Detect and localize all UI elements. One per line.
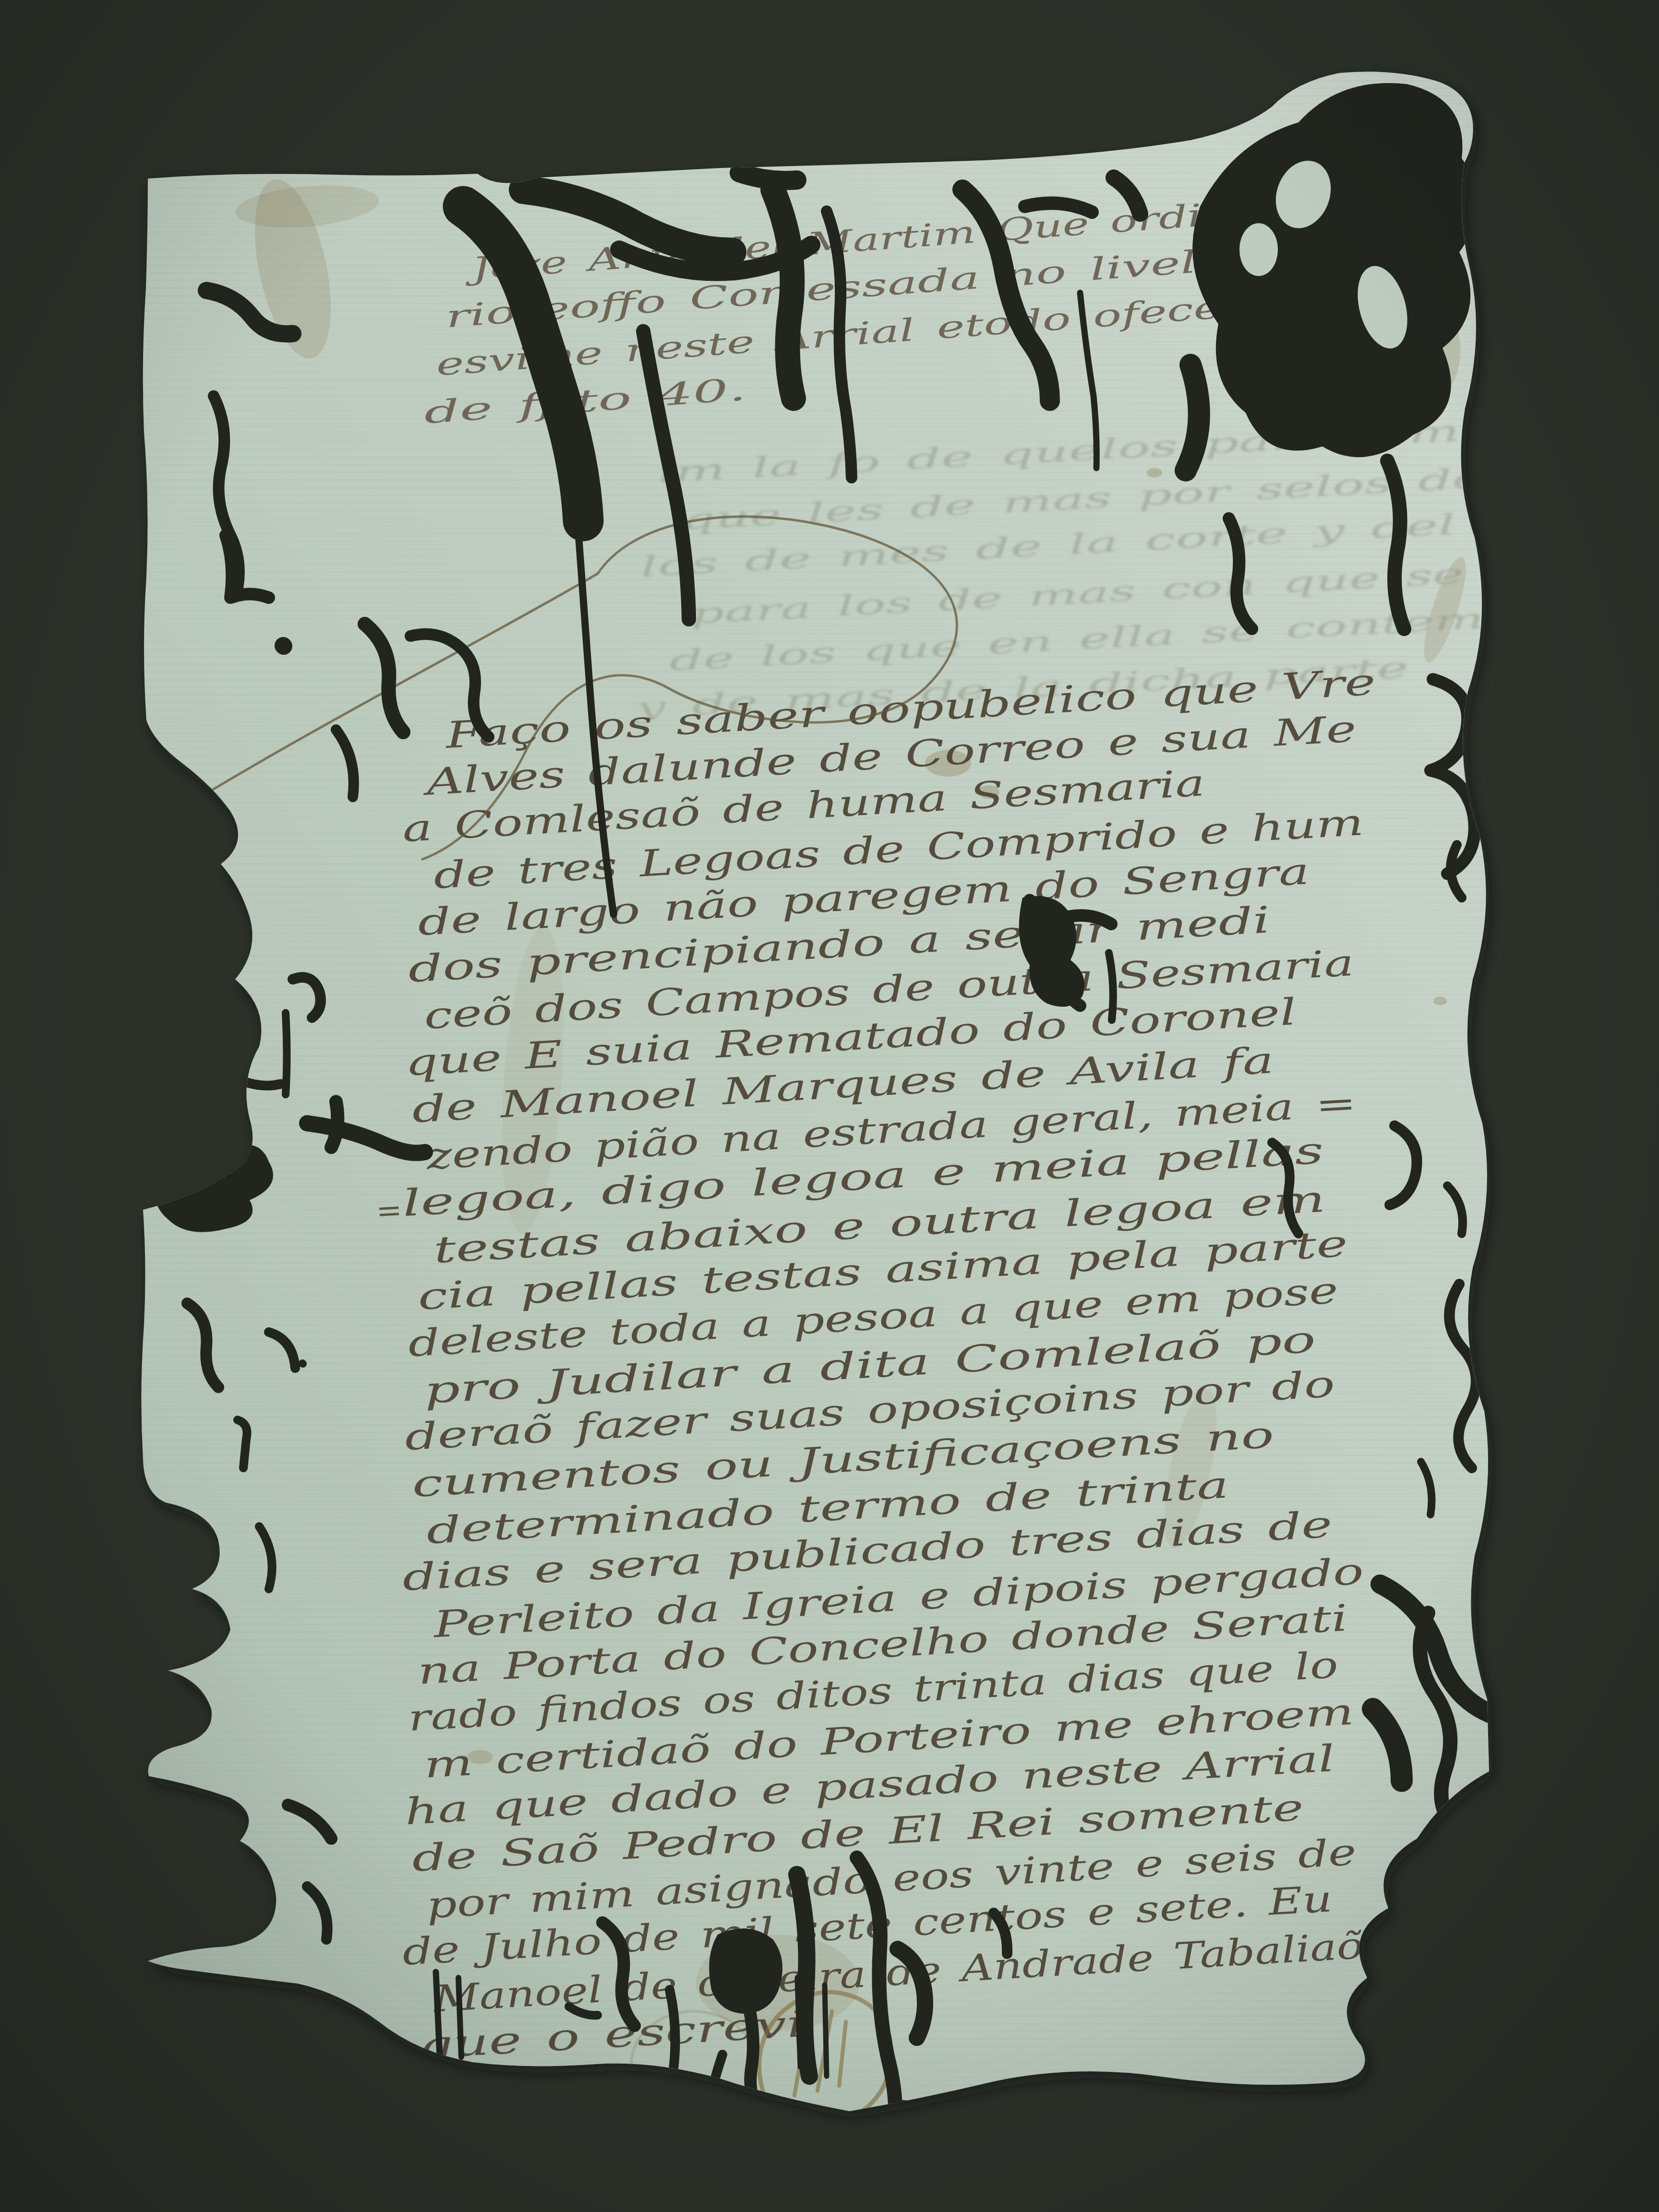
- manuscript-scene: im la fo de quelos parte emque les de ma…: [0, 0, 1659, 2212]
- manuscript-photo: im la fo de quelos parte emque les de ma…: [0, 0, 1659, 2212]
- film-grain: [0, 0, 1659, 2212]
